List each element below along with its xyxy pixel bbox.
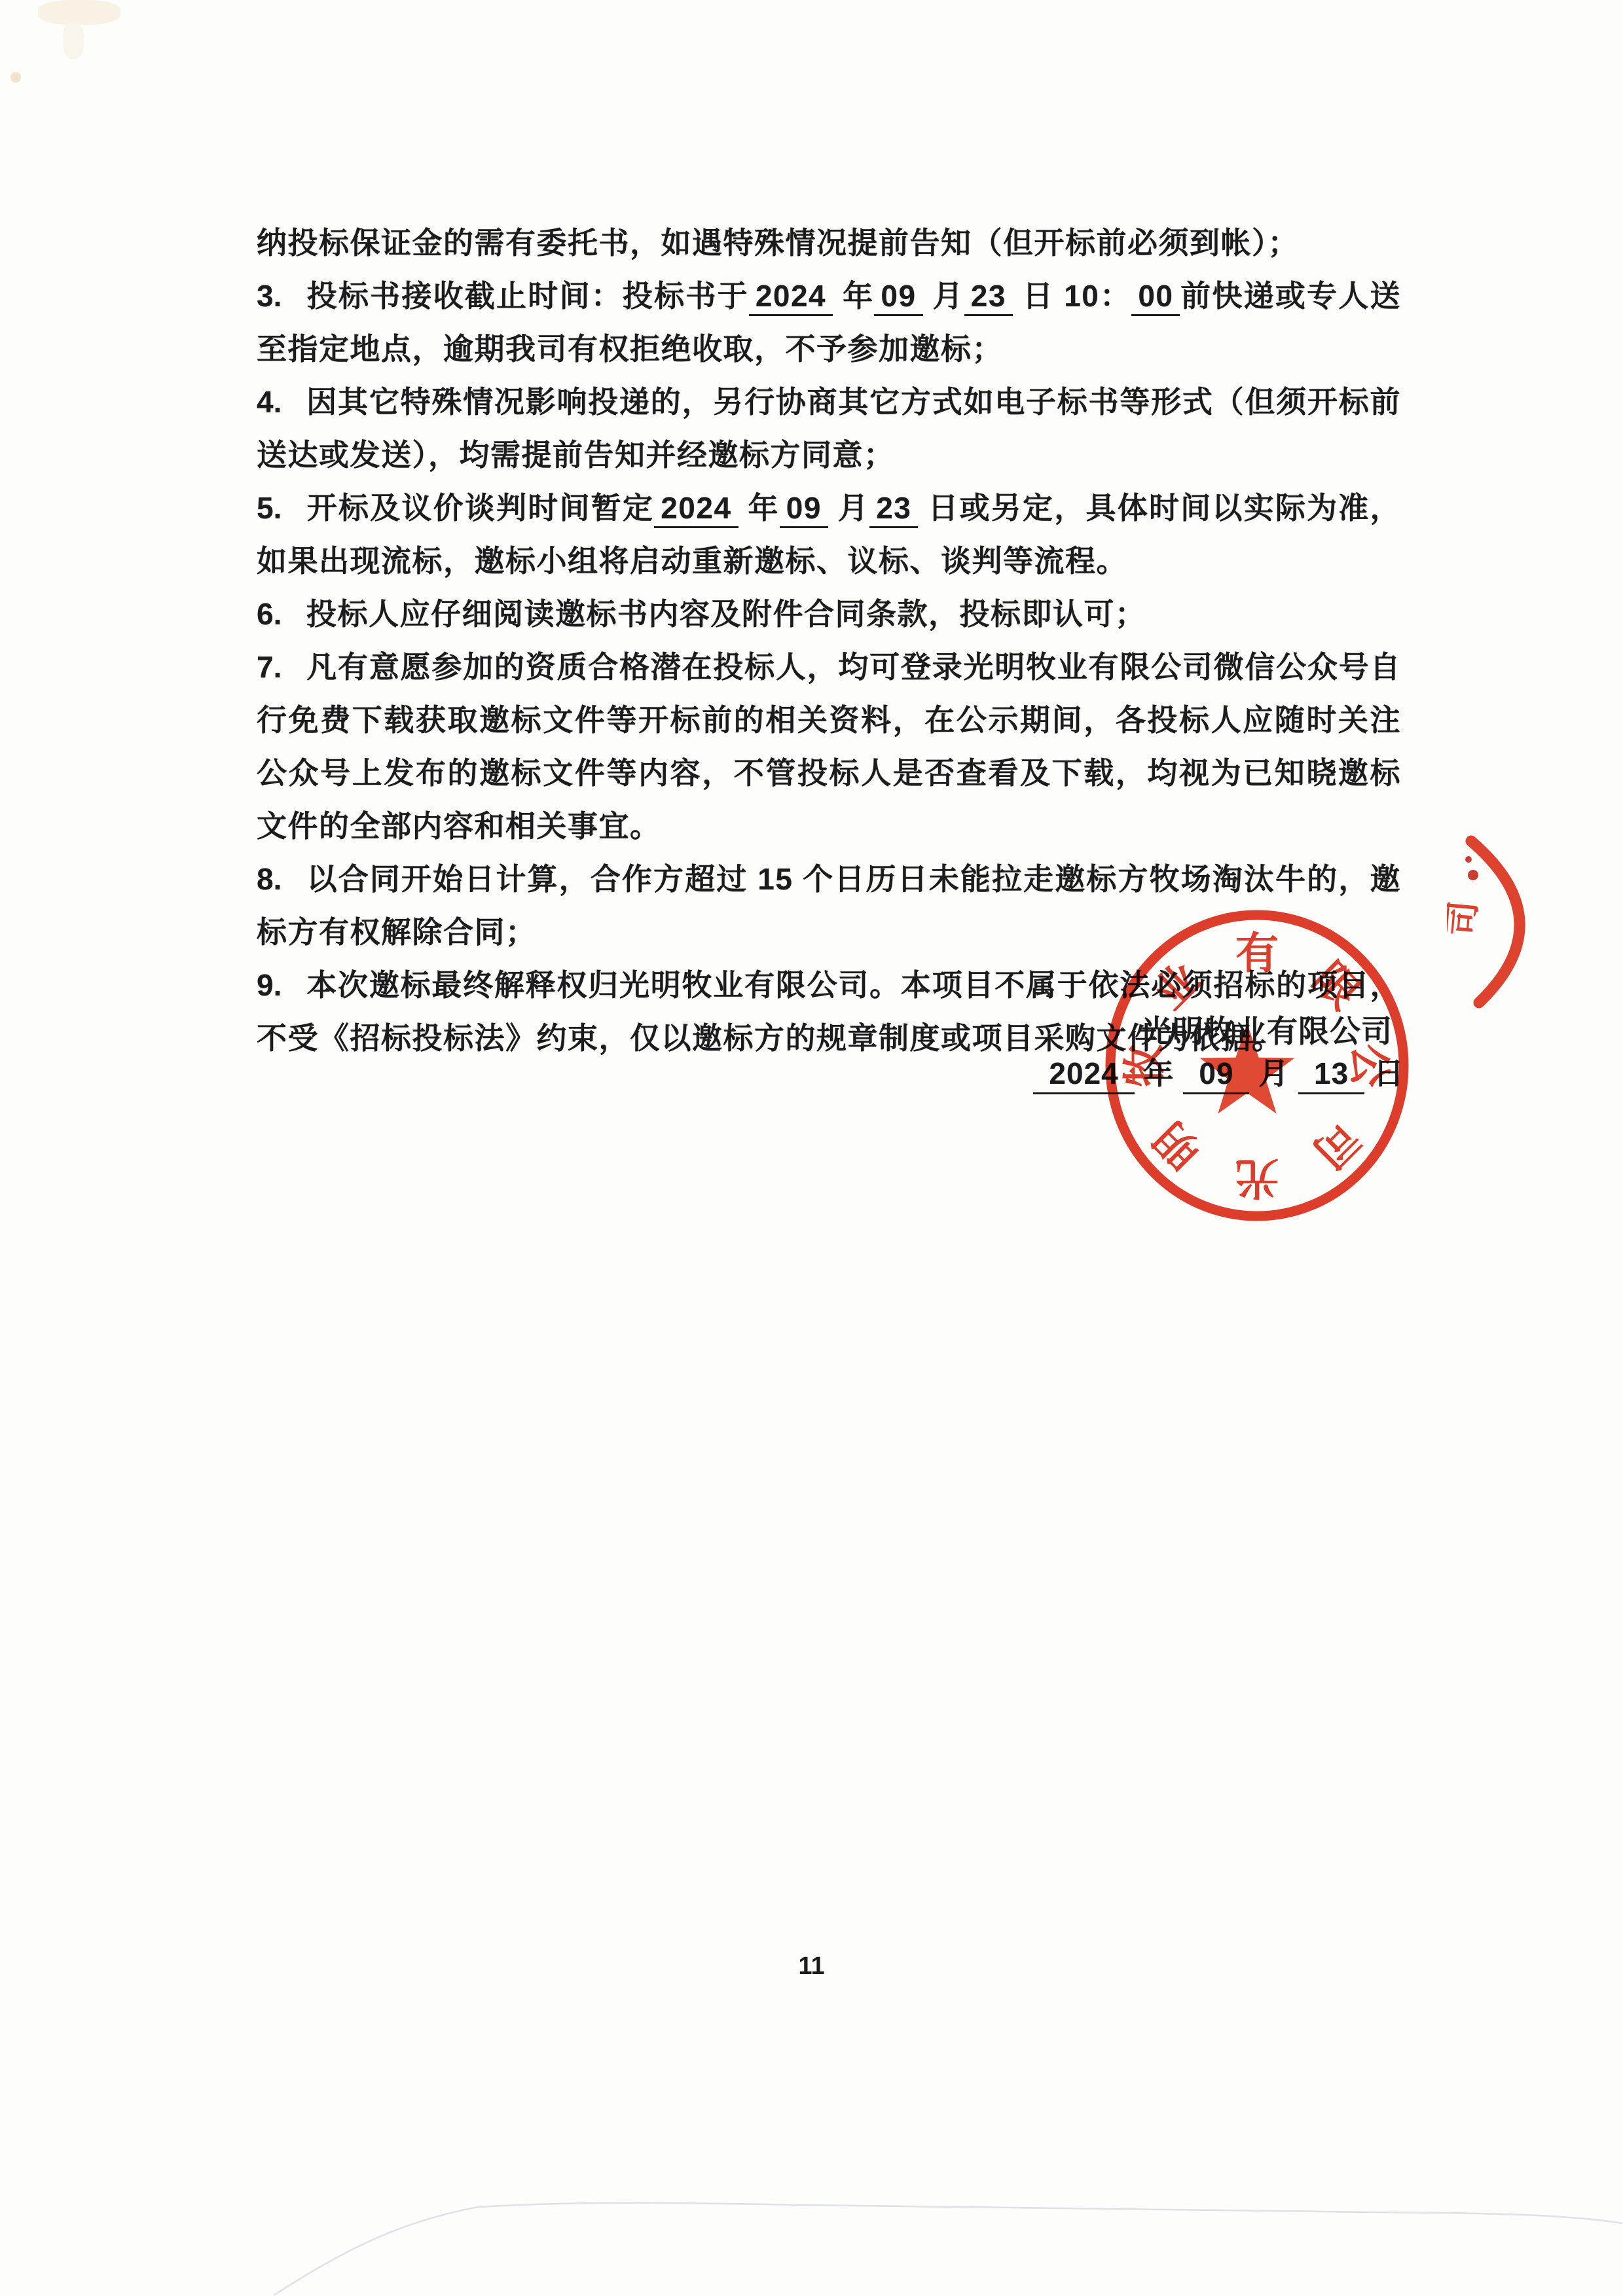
scanned-document-page: 纳投标保证金的需有委托书，如遇特殊情况提前告知（但开标前必须到帐）；3.投标书接… [0,0,1623,2296]
scan-crease [0,0,1623,2296]
page-number: 11 [0,1952,1623,1981]
